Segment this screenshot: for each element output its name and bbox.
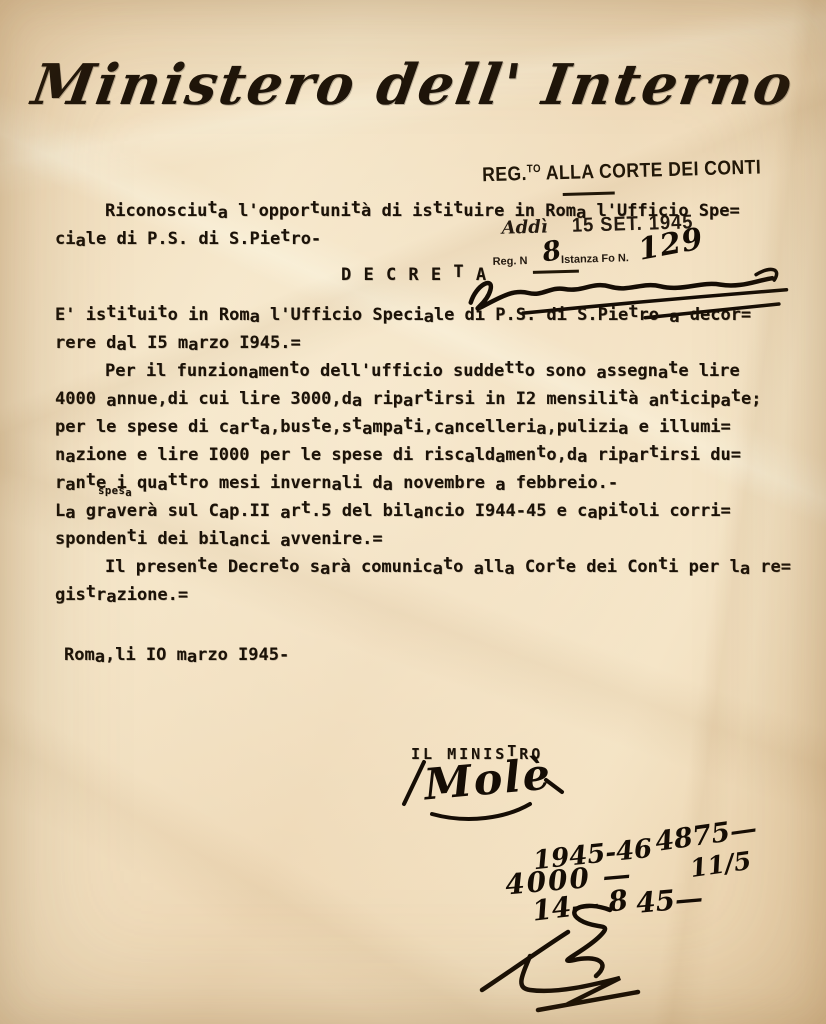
stamp-reg-superscript: TO	[527, 163, 541, 175]
letterhead-title: Ministero dell' Interno	[0, 52, 826, 118]
typed-line: E' istituito in Roma l'Ufficio Speciale …	[55, 301, 795, 329]
typed-line: ciale di P.S. di S.Pietro-	[55, 225, 795, 253]
clerk-signature-flourish-icon	[468, 898, 698, 1024]
typed-line: La graverà sul Cap.II art.5 del bilancio…	[55, 497, 795, 525]
typed-line: gistrazione.=	[55, 581, 795, 609]
typed-line: per le spese di carta,buste,stampati,can…	[55, 413, 795, 441]
minister-signature-swash-icon	[388, 752, 588, 832]
typed-line: Il presente Decreto sarà comunicato alla…	[55, 553, 795, 581]
place-date-line: Roma,li IO marzo I945-	[64, 641, 289, 669]
typed-line: spondenti dei bilanci avvenire.=	[55, 525, 795, 553]
typed-insertion-spesa: spesa	[98, 485, 132, 497]
typed-line: Per il funzionamento dell'ufficio suddet…	[55, 357, 795, 385]
stamp-header-rest: ALLA CORTE DEI CONTI	[541, 156, 762, 184]
stamp-header-line: REG.TO ALLA CORTE DEI CONTI	[482, 156, 762, 187]
typed-line: rere dal I5 marzo I945.=	[55, 329, 795, 357]
typed-line: rante i quattro mesi invernali da novemb…	[55, 469, 795, 497]
stamp-underline	[563, 192, 615, 196]
typed-line: nazione e lire I000 per le spese di risc…	[55, 441, 795, 469]
typed-body: Riconosciuta l'opportunità di istituire …	[55, 197, 795, 609]
decreta-heading: D E C R E T A	[55, 261, 795, 289]
document-page: Ministero dell' Interno REG.TO ALLA CORT…	[0, 0, 826, 1024]
typed-line: 4000 annue,di cui lire 3000,da ripartirs…	[55, 385, 795, 413]
typed-line: Riconosciuta l'opportunità di istituire …	[55, 197, 795, 225]
stamp-reg-abbrev: REG.	[482, 163, 527, 186]
